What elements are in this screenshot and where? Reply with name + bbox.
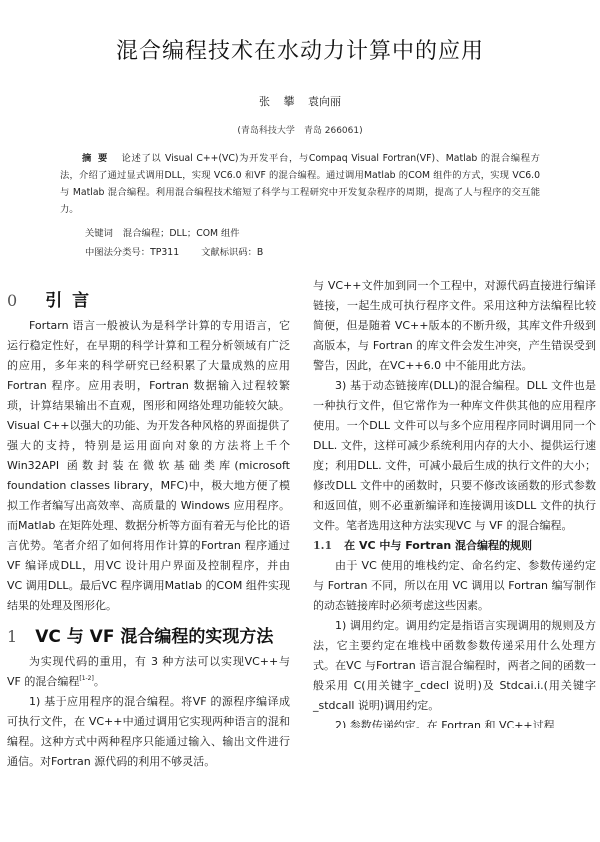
abstract-label: 摘要 bbox=[82, 153, 114, 164]
doc-code-label: 文献标识码： bbox=[201, 247, 257, 258]
paragraph: 1) 调用约定。调用约定是指语言实现调用的规则及方法，它主要约定在堆栈中函数参数… bbox=[313, 616, 596, 716]
keywords-label: 关键词 bbox=[85, 228, 113, 239]
section-title: 引言 bbox=[45, 291, 99, 311]
abstract-text: 论述了以 Visual C++(VC)为开发平台，与Compaq Visual … bbox=[60, 153, 540, 215]
section-number: 1.1 bbox=[313, 539, 332, 552]
section-0-heading: 0引言 bbox=[7, 288, 290, 314]
paragraph-text: 为实现代码的重用，有 3 种方法可以实现VC++与 VF 的混合编程 bbox=[7, 655, 290, 688]
right-column: 与 VC++文件加到同一个工程中，对源代码直接进行编译链接，一起生成可执行程序文… bbox=[313, 276, 596, 728]
citation: [1-2] bbox=[79, 675, 93, 682]
affiliation: (青岛科技大学 青岛 266061) bbox=[0, 123, 600, 136]
paper-title: 混合编程技术在水动力计算中的应用 bbox=[0, 34, 600, 65]
doc-code-value: B bbox=[257, 247, 263, 258]
section-number: 0 bbox=[7, 291, 27, 310]
paragraph: 为实现代码的重用，有 3 种方法可以实现VC++与 VF 的混合编程[1-2]。 bbox=[7, 652, 290, 692]
clc-label: 中图法分类号： bbox=[85, 247, 150, 258]
section-1-1-heading: 1.1在 VC 中与 Fortran 混合编程的规则 bbox=[313, 536, 596, 556]
section-number: 1 bbox=[7, 627, 17, 646]
section-title: VC 与 VF 混合编程的实现方法 bbox=[35, 627, 273, 647]
keywords-value: 混合编程；DLL；COM 组件 bbox=[123, 228, 240, 239]
abstract: 摘要 论述了以 Visual C++(VC)为开发平台，与Compaq Visu… bbox=[60, 150, 540, 218]
paragraph-partial: 2) 参数传递约定。在 Fortran 和 VC++过程 bbox=[313, 716, 596, 728]
authors: 张 攀 袁向丽 bbox=[0, 93, 600, 109]
paragraph: 1) 基于应用程序的混合编程。将VF 的源程序编译成可执行文件，在 VC++中通… bbox=[7, 692, 290, 772]
clc-value: TP311 bbox=[150, 247, 179, 258]
left-column: 0引言 Fortarn 语言一般被认为是科学计算的专用语言，它运行稳定性好，在早… bbox=[7, 288, 290, 772]
paragraph: 由于 VC 使用的堆栈约定、命名约定、参数传递约定与 Fortran 不同，所以… bbox=[313, 556, 596, 616]
section-title: 在 VC 中与 Fortran 混合编程的规则 bbox=[344, 539, 532, 552]
paragraph: 3) 基于动态链接库(DLL)的混合编程。DLL 文件也是一种执行文件，但它常作… bbox=[313, 376, 596, 536]
paragraph-end: 。 bbox=[94, 675, 105, 688]
classification: 中图法分类号：TP311文献标识码：B bbox=[85, 244, 263, 258]
intro-paragraph: Fortarn 语言一般被认为是科学计算的专用语言，它运行稳定性好，在早期的科学… bbox=[7, 316, 290, 616]
paragraph: 与 VC++文件加到同一个工程中，对源代码直接进行编译链接，一起生成可执行程序文… bbox=[313, 276, 596, 376]
keywords: 关键词混合编程；DLL；COM 组件 bbox=[85, 225, 240, 239]
section-1-heading: 1VC 与 VF 混合编程的实现方法 bbox=[7, 624, 290, 650]
